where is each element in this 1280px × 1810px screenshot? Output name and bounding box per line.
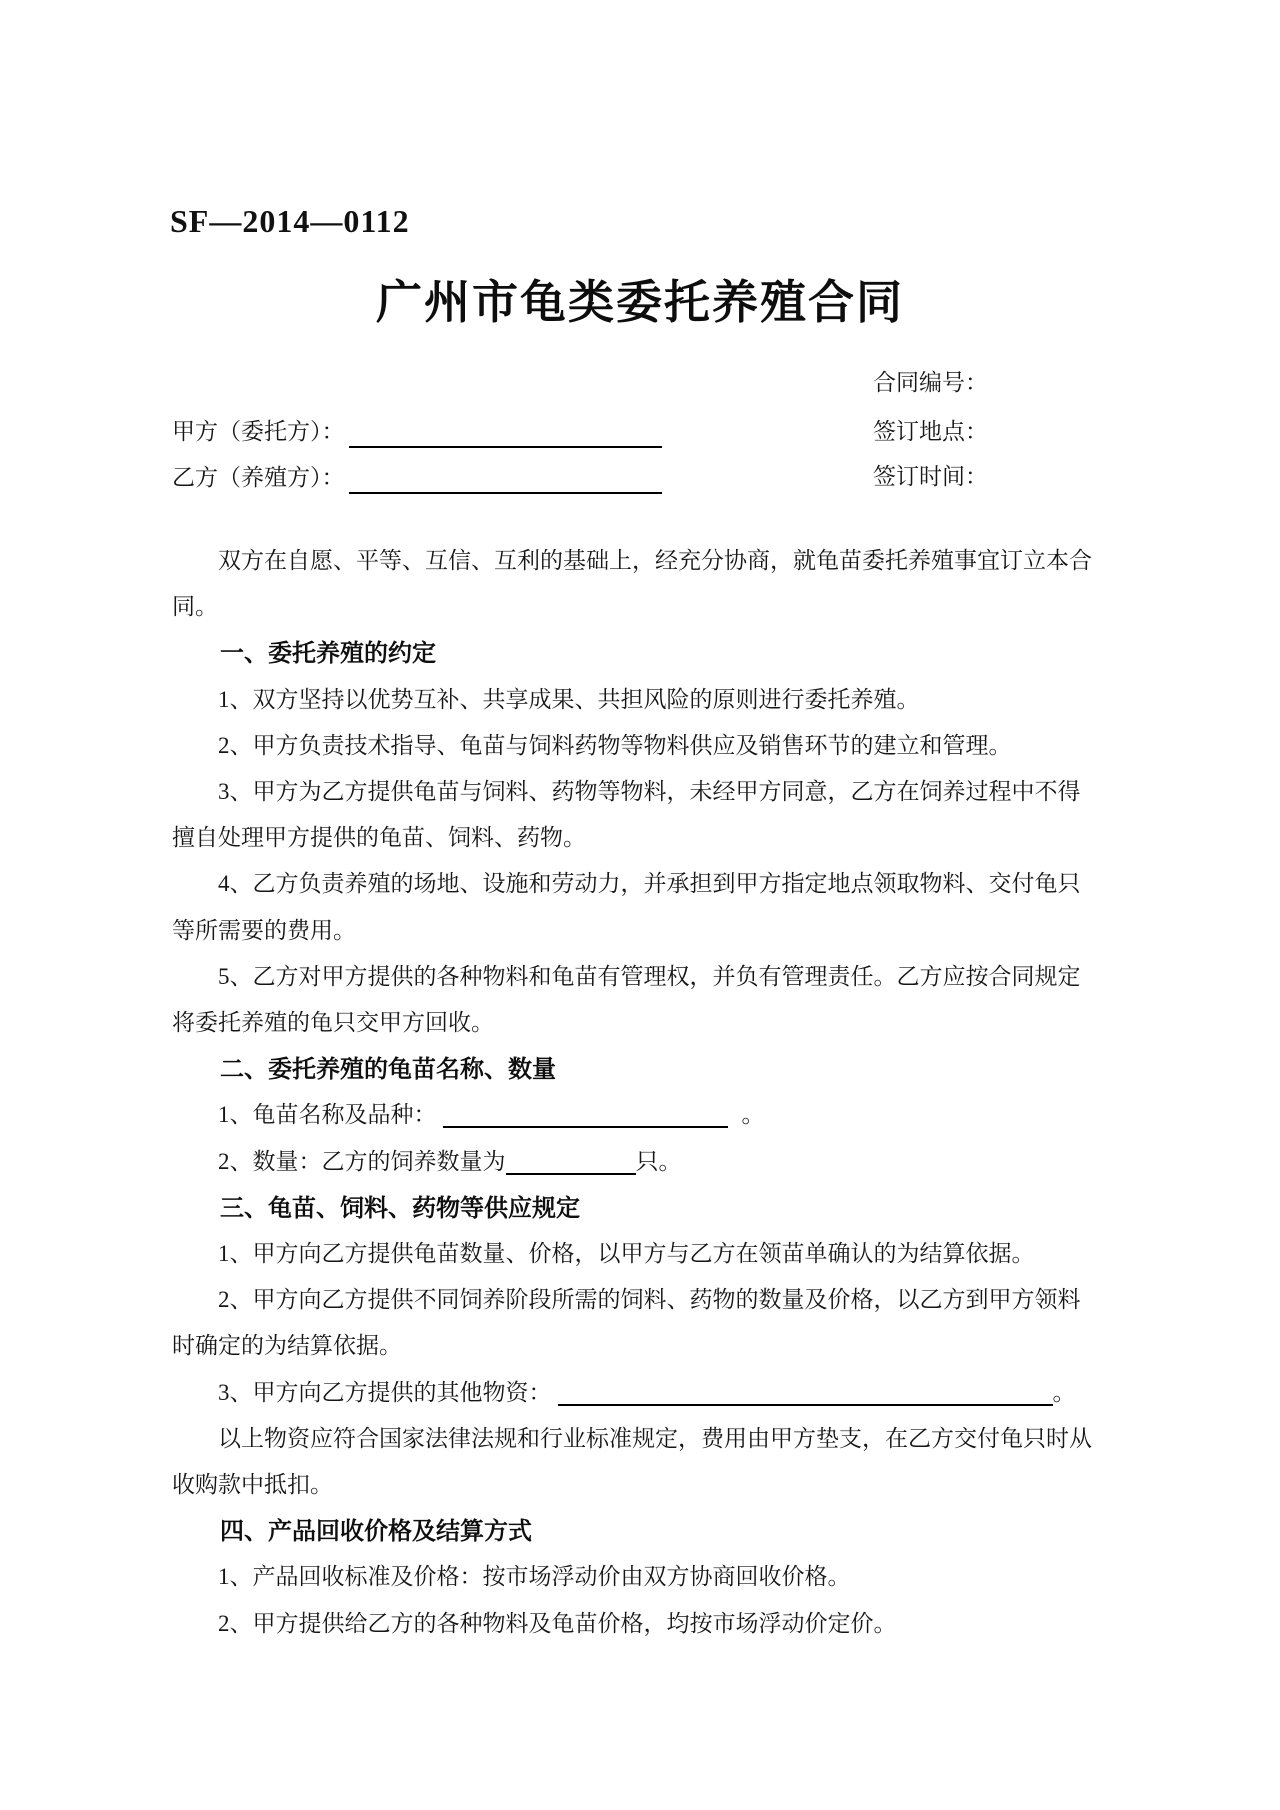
sign-time-label: 签订时间： [873, 458, 988, 491]
clause-4-2: 2、甲方提供给乙方的各种物料及龟苗价格，均按市场浮动价定价。 [172, 1601, 1096, 1647]
page-title: 广州市龟类委托养殖合同 [0, 266, 1280, 332]
clause-4-1: 1、产品回收标准及价格：按市场浮动价由双方协商回收价格。 [172, 1554, 1096, 1600]
clause-2-1-suffix: 。 [742, 1102, 765, 1127]
sign-place-label: 签订地点： [873, 413, 988, 446]
turtle-name-blank-field[interactable] [443, 1108, 728, 1128]
contract-page: SF—2014—0112 广州市龟类委托养殖合同 合同编号： 签订地点： 签订时… [0, 0, 1280, 1810]
clause-3-3: 3、甲方向乙方提供的其他物资：。 [172, 1370, 1096, 1416]
contract-no-label: 合同编号： [873, 364, 988, 397]
doc-code: SF—2014—0112 [170, 204, 410, 239]
party-b-row: 乙方（养殖方）： [172, 459, 662, 494]
clause-3-2: 2、甲方向乙方提供不同饲养阶段所需的饲料、药物的数量及价格，以乙方到甲方领料时确… [172, 1277, 1096, 1369]
clause-2-1: 1、龟苗名称及品种：。 [172, 1092, 1096, 1138]
party-a-blank-field[interactable] [349, 422, 662, 448]
party-a-row: 甲方（委托方）： [172, 413, 662, 448]
section-3-heading: 三、龟苗、饲料、药物等供应规定 [172, 1185, 1096, 1231]
section-1-heading: 一、委托养殖的约定 [172, 630, 1096, 676]
preamble-paragraph: 双方在自愿、平等、互信、互利的基础上，经充分协商，就龟苗委托养殖事宜订立本合同。 [172, 538, 1096, 630]
clause-2-1-prefix: 1、龟苗名称及品种： [218, 1102, 437, 1127]
section-2-heading: 二、委托养殖的龟苗名称、数量 [172, 1046, 1096, 1092]
section-4-heading: 四、产品回收价格及结算方式 [172, 1508, 1096, 1554]
party-a-label: 甲方（委托方）： [172, 419, 345, 444]
clause-1-4: 4、乙方负责养殖的场地、设施和劳动力，并承担到甲方指定地点领取物料、交付龟只等所… [172, 861, 1096, 953]
party-b-blank-field[interactable] [349, 468, 662, 494]
contract-body: 双方在自愿、平等、互信、互利的基础上，经充分协商，就龟苗委托养殖事宜订立本合同。… [172, 538, 1096, 1647]
clause-2-2: 2、数量：乙方的饲养数量为只。 [172, 1139, 1096, 1185]
quantity-blank-field[interactable] [506, 1155, 636, 1175]
clause-2-2-suffix: 只。 [636, 1149, 682, 1174]
clause-1-3: 3、甲方为乙方提供龟苗与饲料、药物等物料，未经甲方同意，乙方在饲养过程中不得擅自… [172, 769, 1096, 861]
party-b-label: 乙方（养殖方）： [172, 465, 345, 490]
clause-3-note: 以上物资应符合国家法律法规和行业标准规定，费用由甲方垫支，在乙方交付龟只时从收购… [172, 1416, 1096, 1508]
clause-3-3-suffix: 。 [1053, 1380, 1076, 1405]
clause-1-1: 1、双方坚持以优势互补、共享成果、共担风险的原则进行委托养殖。 [172, 677, 1096, 723]
clause-2-2-prefix: 2、数量：乙方的饲养数量为 [218, 1149, 506, 1174]
clause-1-5: 5、乙方对甲方提供的各种物料和龟苗有管理权，并负有管理责任。乙方应按合同规定将委… [172, 954, 1096, 1046]
clause-1-2: 2、甲方负责技术指导、龟苗与饲料药物等物料供应及销售环节的建立和管理。 [172, 723, 1096, 769]
other-supplies-blank-field[interactable] [558, 1386, 1053, 1406]
clause-3-3-prefix: 3、甲方向乙方提供的其他物资： [218, 1380, 552, 1405]
clause-3-1: 1、甲方向乙方提供龟苗数量、价格，以甲方与乙方在领苗单确认的为结算依据。 [172, 1231, 1096, 1277]
